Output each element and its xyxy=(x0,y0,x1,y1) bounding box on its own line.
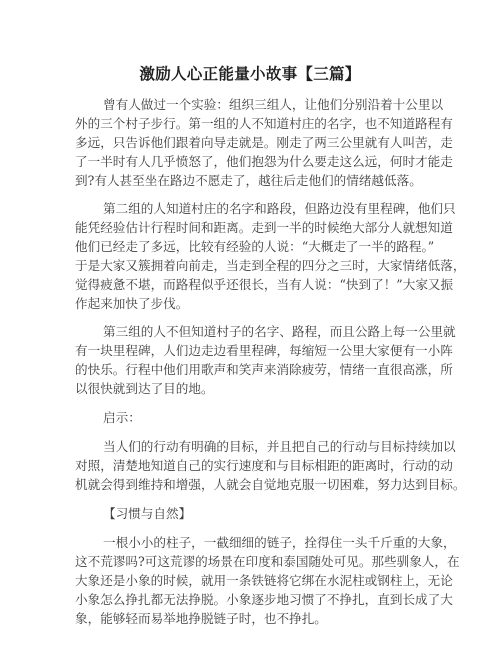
paragraph-line: 多远，只告诉他们跟着向导走就是。刚走了两三公里就有人叫苦，走 xyxy=(75,134,453,151)
paragraph-line: 【习惯与自然】 xyxy=(103,505,191,522)
paragraph-line: 能凭经验估计行程时间和距离。走到一半的时候绝大部分人就想知道 xyxy=(75,219,453,236)
paragraph-line: 他们已经走了多远，比较有经验的人说：“大概走了一半的路程。” xyxy=(75,238,434,255)
paragraph-line: 以很快就到达了目的地。 xyxy=(75,380,214,397)
paragraph-line: 第二组的人知道村庄的名字和路段，但路边没有里程碑，他们只 xyxy=(103,200,456,217)
paragraph-line: 大象还是小象的时候，就用一条铁链将它绑在水泥柱或钢柱上，无论 xyxy=(75,572,453,589)
paragraph-line: 第三组的人不但知道村子的名字、路程，而且公路上每一公里就 xyxy=(103,323,456,340)
document-page: 激励人心正能量小故事【三篇】 曾有人做过一个实验：组织三组人，让他们分别沿着十公… xyxy=(0,0,500,646)
paragraph-line: 小象怎么挣扎都无法挣脱。小象逐步地习惯了不挣扎，直到长成了大 xyxy=(75,591,453,608)
paragraph-line: 外的三个村子步行。第一组的人不知道村庄的名字，也不知道路程有 xyxy=(75,115,453,132)
paragraph-line: 这不荒谬吗?可这荒谬的场景在印度和泰国随处可见。那些驯象人，在 xyxy=(75,553,460,570)
paragraph-line: 启示： xyxy=(103,409,141,426)
paragraph-line: 对照，清楚地知道自己的实行速度和与目标相距的距离时，行动的动 xyxy=(75,457,453,474)
paragraph-line: 一根小小的柱子，一截细细的链子，拴得住一头千斤重的大象， xyxy=(103,534,456,551)
paragraph-line: 象，能够轻而易举地挣脱链子时，也不挣扎。 xyxy=(75,610,327,627)
page-title: 激励人心正能量小故事【三篇】 xyxy=(0,62,500,84)
paragraph-line: 的快乐。行程中他们用歌声和笑声来消除疲劳，情绪一直很高涨，所 xyxy=(75,361,453,378)
paragraph-line: 曾有人做过一个实验：组织三组人，让他们分别沿着十公里以 xyxy=(103,96,443,113)
paragraph-line: 当人们的行动有明确的目标，并且把自己的行动与目标持续加以 xyxy=(103,438,456,455)
paragraph-line: 有一块里程碑，人们边走边看里程碑，每缩短一公里大家便有一小阵 xyxy=(75,342,453,359)
paragraph-line: 了一半时有人几乎愤怒了，他们抱怨为什么要走这么远，何时才能走 xyxy=(75,153,453,170)
paragraph-line: 觉得疲惫不堪，而路程似乎还很长，当有人说：“快到了！”大家又振 xyxy=(75,276,453,293)
paragraph-line: 机就会得到维持和增强，人就会自觉地克服一切困难，努力达到目标。 xyxy=(75,476,465,493)
paragraph-line: 作起来加快了步伐。 xyxy=(75,295,188,312)
paragraph-line: 于是大家又簇拥着向前走，当走到全程的四分之三时，大家情绪低落， xyxy=(75,257,465,274)
paragraph-line: 到?有人甚至坐在路边不愿走了，越往后走他们的情绪越低落。 xyxy=(75,172,422,189)
